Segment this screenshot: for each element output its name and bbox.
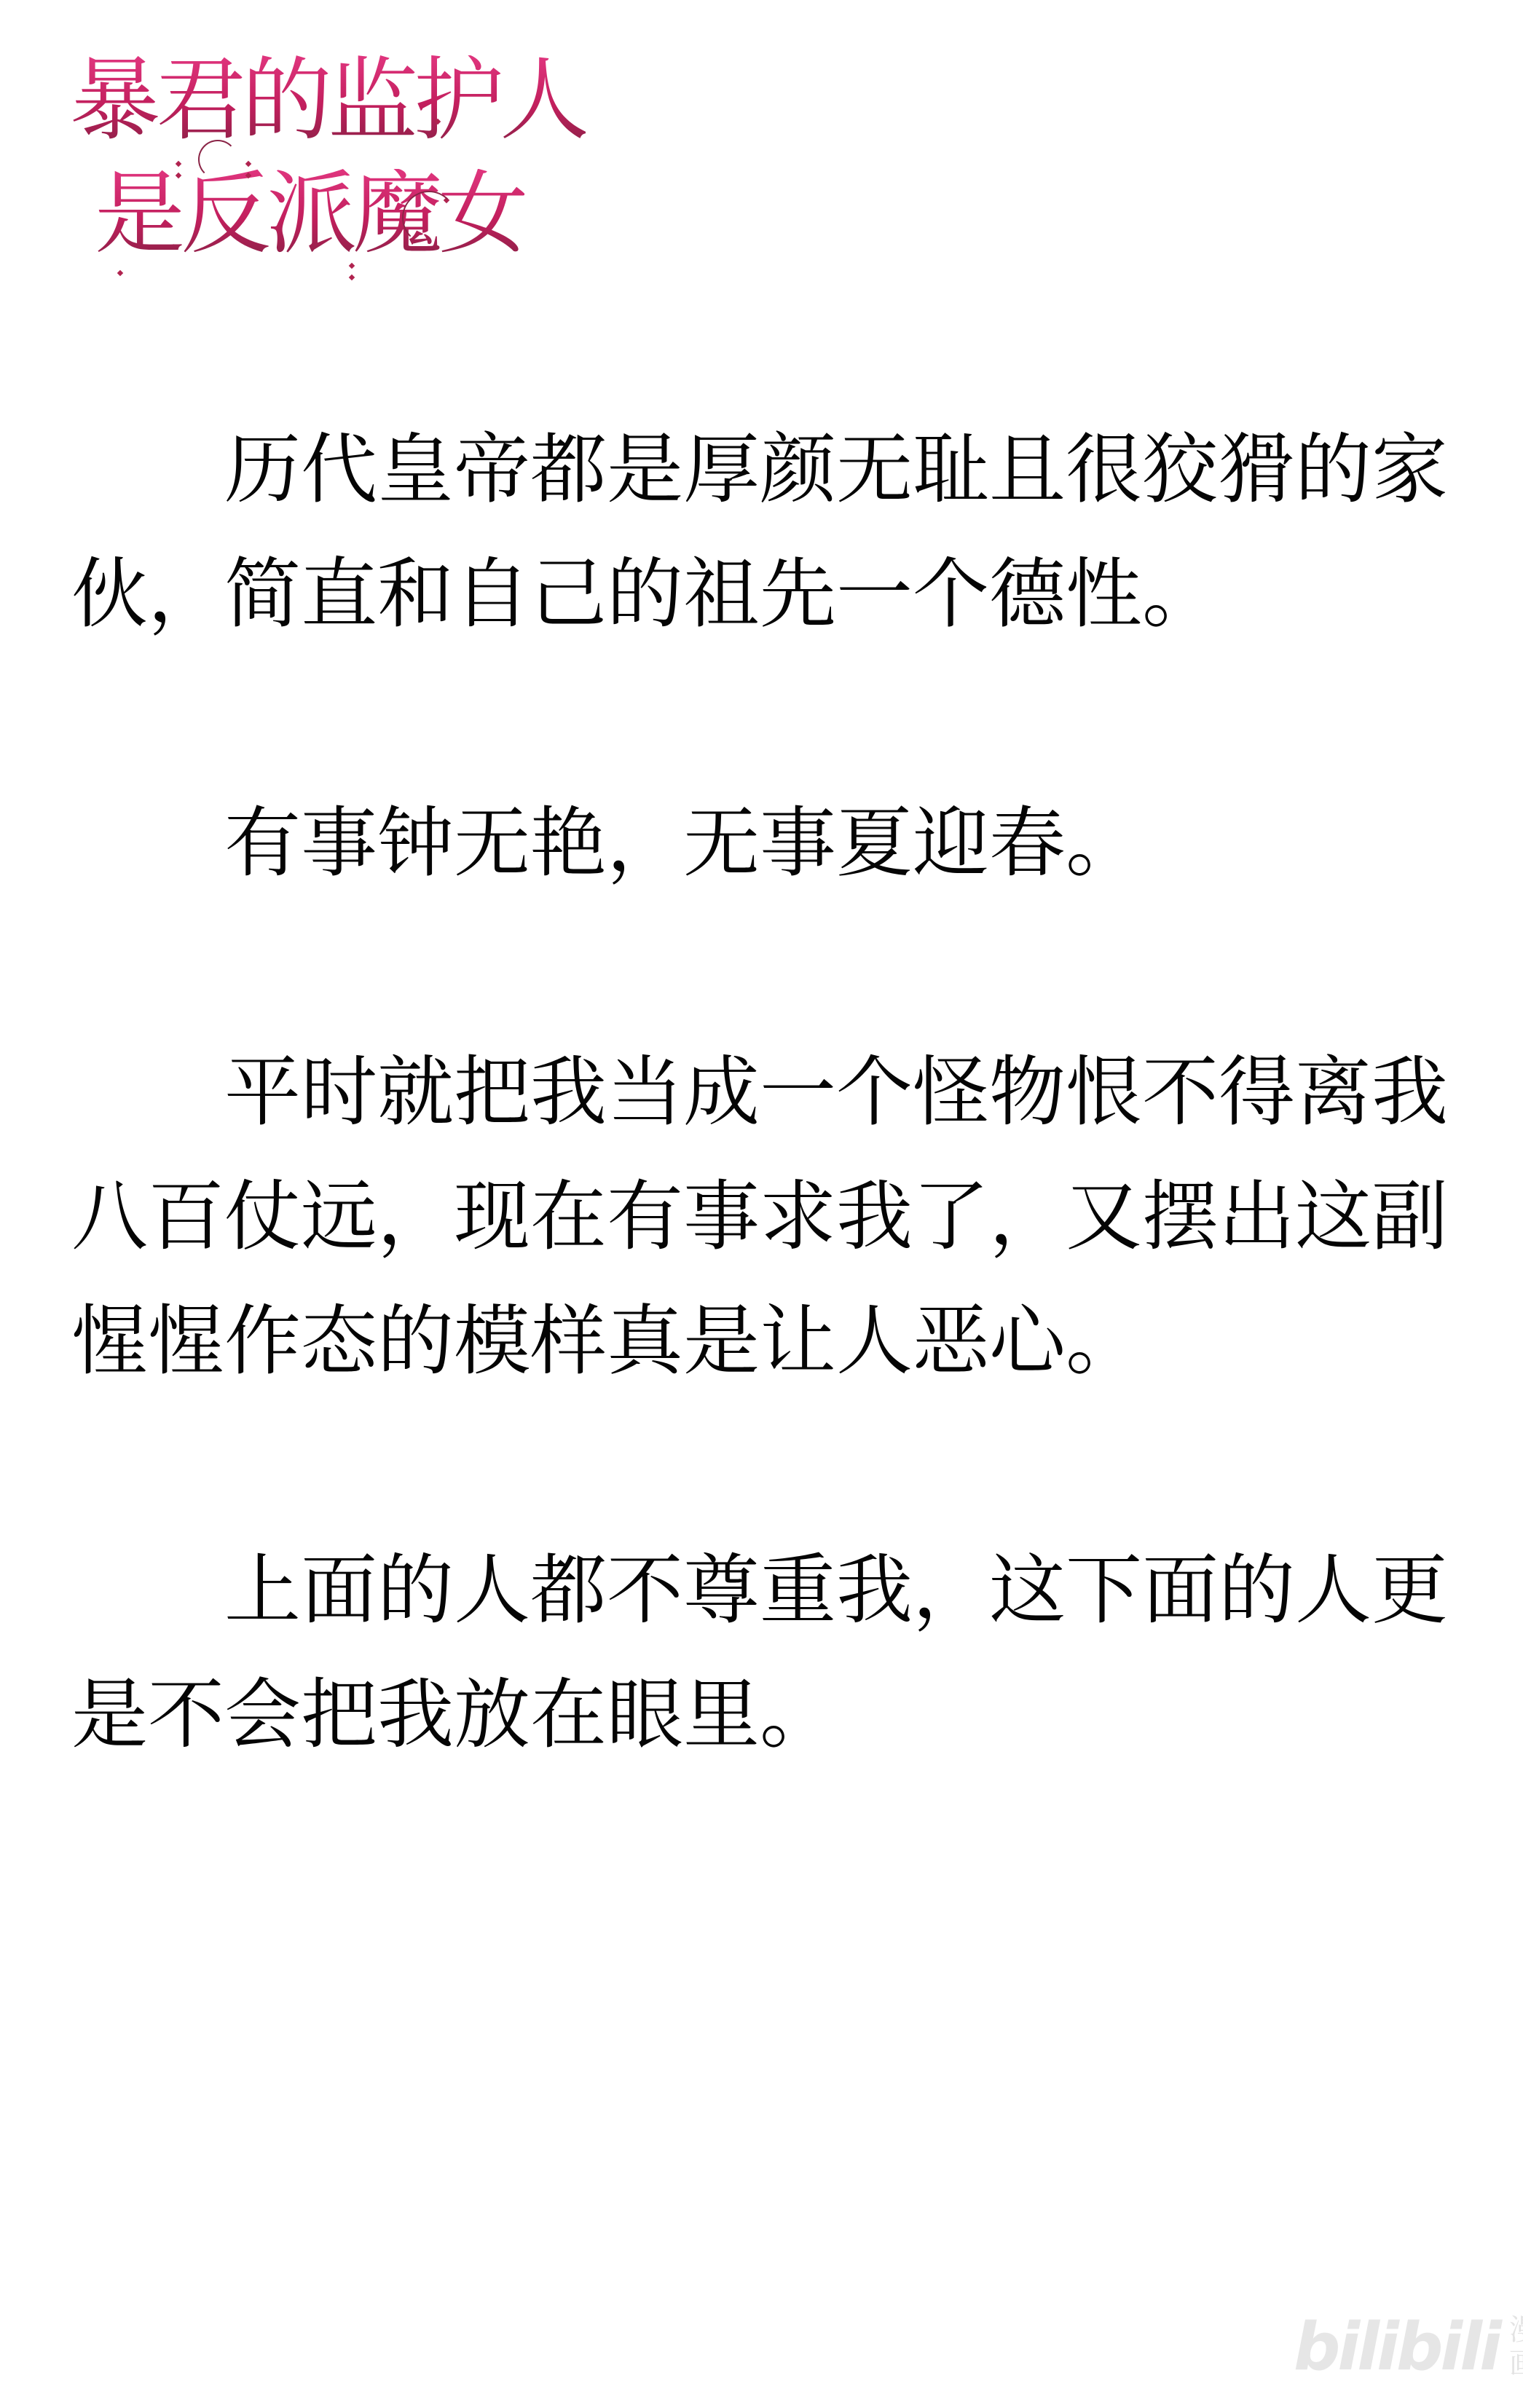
story-text: 历代皇帝都是厚颜无耻且很狡猾的家 伙，简直和自己的祖先一个德性。 有事钟无艳，无…: [71, 408, 1455, 1902]
text-line: 历代皇帝都是厚颜无耻且很狡猾的家: [71, 408, 1455, 532]
logo-ornament-icon: [117, 270, 123, 276]
paragraph-4: 上面的人都不尊重我，这下面的人更 是不会把我放在眼里。: [71, 1528, 1455, 1777]
text-line: 是不会把我放在眼里。: [71, 1653, 1455, 1777]
watermark-manga-label: 漫 画: [1509, 2313, 1523, 2380]
logo-swirl-icon: [198, 140, 237, 179]
text-line: 上面的人都不尊重我，这下面的人更: [71, 1528, 1455, 1653]
paragraph-3: 平时就把我当成一个怪物恨不得离我 八百仗远，现在有事求我了，又摆出这副 惺惺作态…: [71, 1030, 1455, 1404]
text-line: 八百仗远，现在有事求我了，又摆出这副: [71, 1155, 1455, 1279]
text-line: 伙，简直和自己的祖先一个德性。: [71, 532, 1455, 657]
paragraph-2: 有事钟无艳，无事夏迎春。: [71, 781, 1455, 906]
comic-title-logo: 暴君的监护人 是反派魔女: [67, 52, 533, 278]
paragraph-1: 历代皇帝都是厚颜无耻且很狡猾的家 伙，简直和自己的祖先一个德性。: [71, 408, 1455, 657]
text-line: 有事钟无艳，无事夏迎春。: [71, 781, 1455, 906]
watermark-sub-bottom: 画: [1509, 2347, 1523, 2380]
logo-swirl-icon: [402, 191, 456, 245]
logo-ornament-icon: [349, 275, 355, 280]
bilibili-manga-watermark: bilibili 漫 画: [1294, 2307, 1523, 2387]
text-line: 平时就把我当成一个怪物恨不得离我: [71, 1030, 1455, 1155]
watermark-sub-top: 漫: [1509, 2313, 1523, 2347]
text-line: 惺惺作态的模样真是让人恶心。: [71, 1279, 1455, 1404]
logo-title-line-2: 是反派魔女: [95, 169, 524, 259]
bilibili-logo-icon: bilibili: [1294, 2309, 1499, 2385]
logo-title-line-1: 暴君的监护人: [70, 55, 586, 146]
